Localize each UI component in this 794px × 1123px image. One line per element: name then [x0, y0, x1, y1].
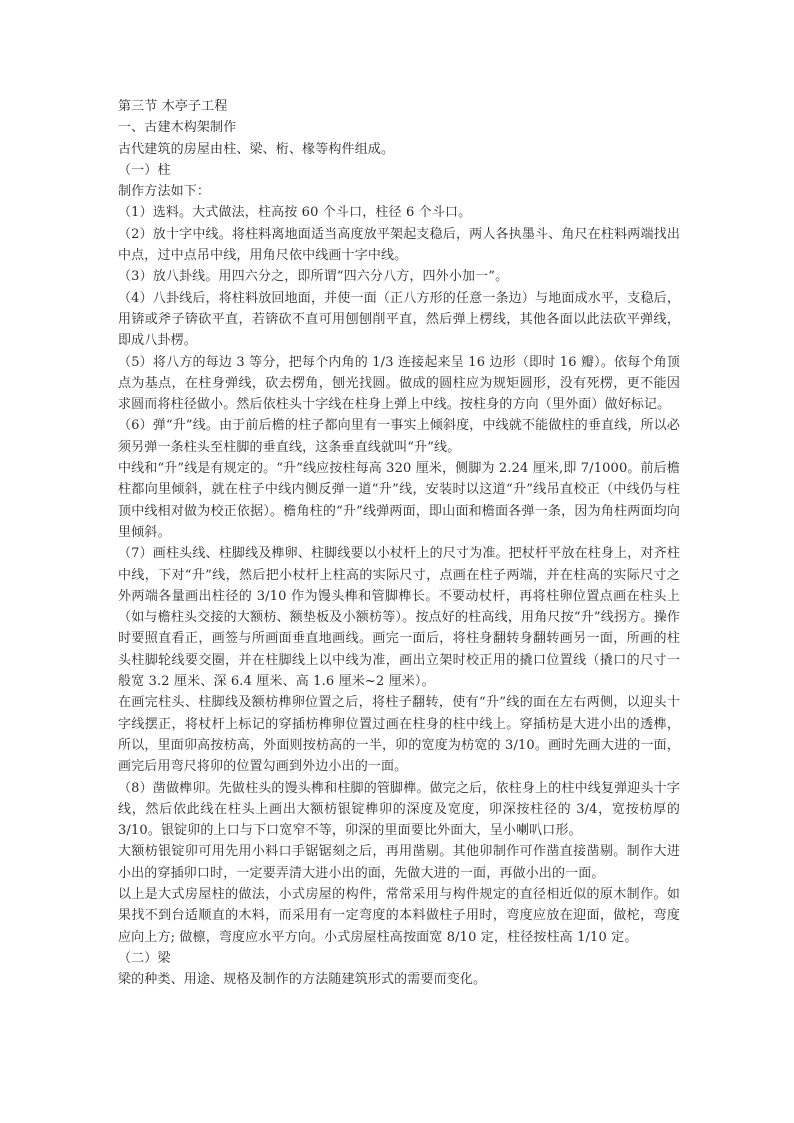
intro-paragraph: 古代建筑的房屋由柱、梁、桁、椽等构件组成。: [118, 139, 680, 160]
step-paragraph: （5）将八方的每边 3 等分，把每个内角的 1/3 连接起来呈 16 边形（即时…: [118, 352, 680, 416]
body-paragraph: 以上是大式房屋柱的做法，小式房屋的构件，常常采用与构件规定的直径相近似的原木制作…: [118, 884, 680, 948]
document-page: 第三节 木亭子工程 一、古建木构架制作 古代建筑的房屋由柱、梁、桁、椽等构件组成…: [118, 96, 680, 990]
body-paragraph: 在画完柱头、柱脚线及额枋榫卵位置之后，将柱子翻转，使有“升”线的面在左右两侧，以…: [118, 692, 680, 777]
body-paragraph: 大额枋银锭卯可用先用小料口手锯锯刻之后，再用凿剔。其他卯制作可作凿直接凿剔。制作…: [118, 841, 680, 884]
step-paragraph: （6）弹“升”线。由于前后檐的柱子都向里有一事实上倾斜度，中线就不能做柱的垂直线…: [118, 415, 680, 458]
method-intro: 制作方法如下：: [118, 181, 680, 202]
section-title: 第三节 木亭子工程: [118, 96, 680, 117]
step-paragraph: （4）八卦线后，将柱料放回地面，并使一面（正八方形的任意一条边）与地面成水平，支…: [118, 288, 680, 352]
step-paragraph: （8）凿做榫卯。先做柱头的馒头榫和柱脚的管脚榫。做完之后，依柱身上的柱中线复弹迎…: [118, 778, 680, 842]
part-heading-beams: （二）梁: [118, 948, 680, 969]
body-paragraph: 梁的种类、用途、规格及制作的方法随建筑形式的需要而变化。: [118, 969, 680, 990]
step-paragraph: （3）放八卦线。用四六分之，即所谓“四六分八方，四外小加一”。: [118, 266, 680, 287]
step-paragraph: （1）选料。大式做法，柱高按 60 个斗口，柱径 6 个斗口。: [118, 202, 680, 223]
step-paragraph: （7）画柱头线、柱脚线及榫卵、柱脚线要以小杖杆上的尺寸为准。把杖杆平放在柱身上，…: [118, 543, 680, 692]
body-paragraph: 中线和“升”线是有规定的。“升”线应按柱每高 320 厘米，侧脚为 2.24 厘…: [118, 458, 680, 543]
subsection-heading: 一、古建木构架制作: [118, 117, 680, 138]
part-heading-columns: （一）柱: [118, 160, 680, 181]
step-paragraph: （2）放十字中线。将柱料离地面适当高度放平架起支稳后，两人各执墨斗、角尺在柱料两…: [118, 224, 680, 267]
